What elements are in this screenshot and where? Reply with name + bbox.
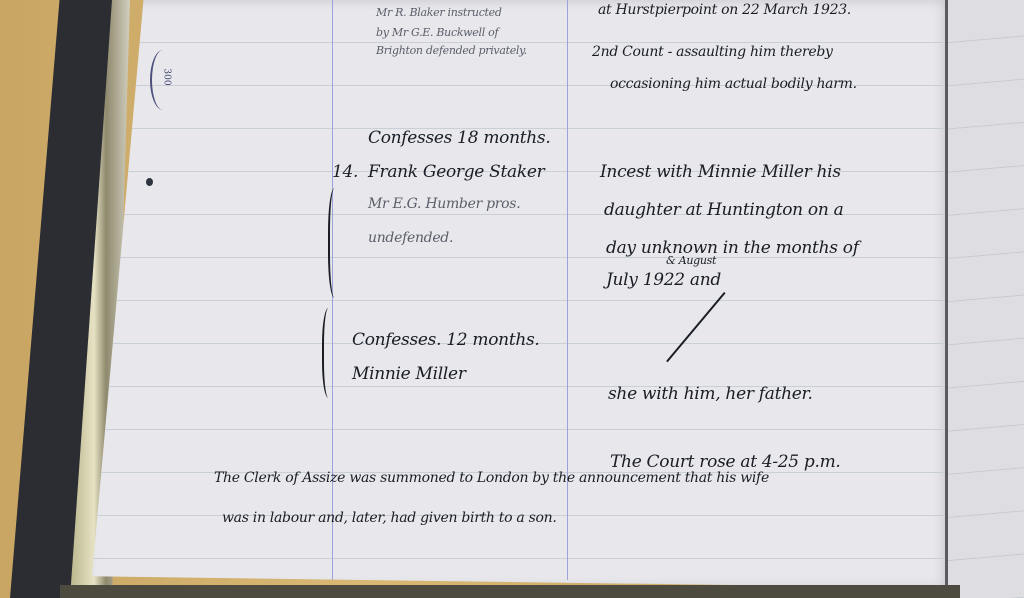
plea-sentence-2: Confesses. 12 months. (352, 330, 540, 350)
footnote-line-2: was in labour and, later, had given birt… (222, 510, 556, 526)
defence-note: undefended. (368, 230, 453, 246)
ink-blot (146, 178, 153, 186)
defendant-name-1: Frank George Staker (368, 162, 544, 182)
column-divider-right (567, 0, 568, 580)
plea-sentence-1: Confesses 18 months. (368, 128, 550, 148)
facing-page (945, 0, 1024, 598)
entry-number: 14. (332, 162, 358, 182)
footnote-line-1: The Clerk of Assize was summoned to Lond… (214, 470, 769, 486)
charge-text-2: daughter at Huntington on a (604, 200, 843, 220)
charge-text-1: Incest with Minnie Miller his (600, 162, 841, 182)
charge-insertion: & August (666, 254, 716, 267)
charge-text-3: day unknown in the months of (606, 238, 859, 258)
defendant-name-2: Minnie Miller (352, 364, 466, 384)
bracket-defendant-1 (328, 188, 344, 298)
charge-line-2: 2nd Count - assaulting him thereby (592, 44, 833, 60)
charge-text-4: July 1922 and (606, 270, 721, 290)
court-rose-note: The Court rose at 4-25 p.m. (610, 452, 841, 472)
charge-line-1: at Hurstpierpoint on 22 March 1923. (598, 2, 851, 18)
counsel-line-3: Brighton defended privately. (376, 44, 527, 57)
bracket-defendant-2 (322, 308, 338, 398)
counsel-line-2: by Mr G.E. Buckwell of (376, 26, 498, 39)
page-bottom-shadow (60, 585, 960, 598)
counsel-line-1: Mr R. Blaker instructed (376, 6, 502, 19)
charge-text-5: she with him, her father. (608, 384, 813, 404)
prosecution-counsel: Mr E.G. Humber pros. (368, 196, 520, 212)
page-number-stamp: 300 (150, 50, 176, 110)
charge-line-3: occasioning him actual bodily harm. (610, 76, 857, 92)
